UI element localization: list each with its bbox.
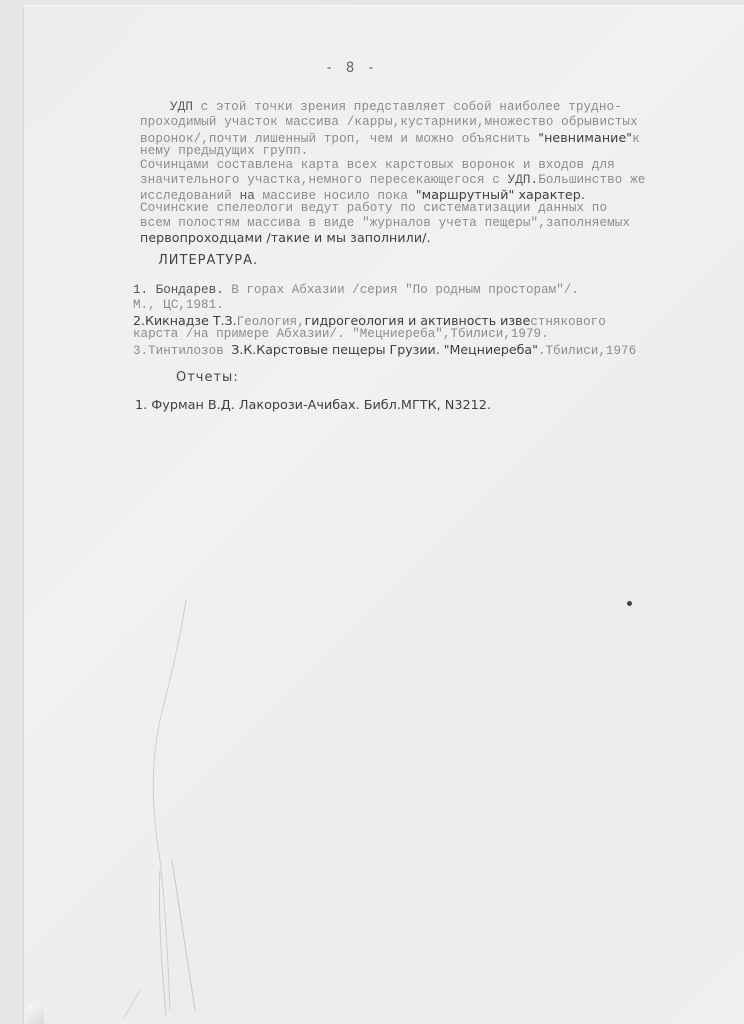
body-line: значительного участка,немного пересекающ…: [140, 173, 645, 187]
text-segment: "маршрутный" характер.: [416, 187, 585, 202]
text-segment: нему предыдущих групп.: [140, 144, 308, 158]
text-segment: 2.Кикнадзе Т.З.: [133, 313, 237, 328]
body-line: всем полостям массива в виде "журналов у…: [140, 216, 630, 230]
text-segment: первопроходцами /такие и мы заполнили/.: [140, 230, 431, 245]
text-segment: УДП.: [508, 173, 539, 187]
text-segment: карста /на примере Абхазии/. "Мецниереба…: [133, 327, 549, 341]
folded-corner: [28, 1005, 44, 1024]
scanned-page: - 8 - УДП с этой точки зрения представля…: [0, 0, 744, 1024]
text-segment: гидрогеология и активность изве: [305, 313, 531, 328]
literature-item-continuation: карста /на примере Абхазии/. "Мецниереба…: [133, 327, 549, 341]
literature-item-continuation: М., ЦС,1981.: [133, 298, 224, 312]
body-line: нему предыдущих групп.: [140, 144, 308, 158]
text-segment: В горах Абхазии /серия "По родным просто…: [224, 283, 579, 297]
text-segment: З.К.Карстовые пещеры Грузии. "Мецниереба…: [231, 342, 538, 357]
text-segment: М., ЦС,1981.: [133, 298, 224, 312]
body-line: Сочинцами составлена карта всех карстовы…: [140, 158, 615, 172]
literature-item: 3.Тинтилозов З.К.Карстовые пещеры Грузии…: [133, 342, 636, 358]
text-segment: значительного участка,немного пересекающ…: [140, 173, 508, 187]
text-segment: Большинство же: [538, 173, 645, 187]
page-number: - 8 -: [325, 60, 377, 76]
text-segment: .Тбилиси,1976: [538, 344, 636, 358]
literature-heading: ЛИТЕРАТУРА.: [158, 253, 258, 268]
text-segment: 1. Бондарев.: [133, 283, 224, 297]
text-segment: всем полостям массива в виде "журналов у…: [140, 216, 630, 230]
text-segment: Сочинцами составлена карта всех карстовы…: [140, 158, 615, 172]
body-line: первопроходцами /такие и мы заполнили/.: [140, 230, 431, 246]
ink-dot: [627, 601, 632, 606]
text-segment: 3.Тинтилозов: [133, 344, 231, 358]
reports-heading: Отчеты:: [176, 370, 239, 385]
text-segment: Сочинские спелеологи ведут работу по сис…: [140, 201, 607, 215]
literature-item: 1. Бондарев. В горах Абхазии /серия "По …: [133, 283, 579, 297]
text-segment: проходимый участок массива /карры,кустар…: [140, 115, 638, 129]
report-item: 1. Фурман В.Д. Лакорози-Ачибах. Библ.МГТ…: [135, 398, 491, 413]
text-segment: к: [632, 132, 640, 146]
body-line: УДП с этой точки зрения представляет соб…: [170, 100, 622, 114]
text-segment: с этой точки зрения представляет собой н…: [193, 100, 622, 114]
body-line: Сочинские спелеологи ведут работу по сис…: [140, 201, 607, 215]
body-line: проходимый участок массива /карры,кустар…: [140, 115, 638, 129]
text-segment: "невнимание": [538, 130, 632, 145]
text-segment: УДП: [170, 100, 193, 114]
